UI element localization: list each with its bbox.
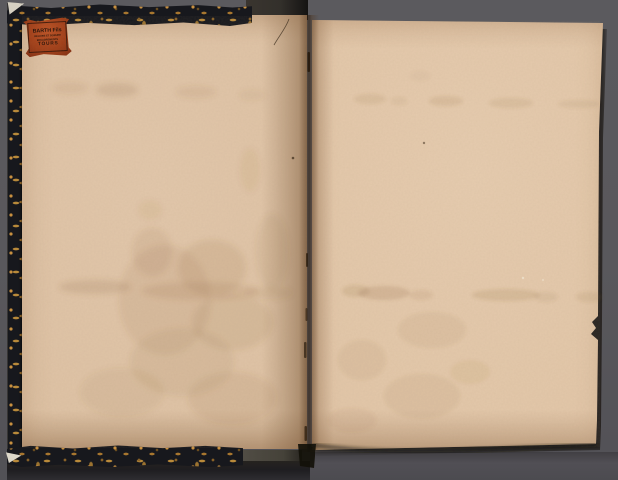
cover-turnin-bottom — [7, 445, 243, 467]
pastedown-left-page — [22, 15, 307, 449]
scanner-bed-bottom-right — [310, 452, 618, 480]
cover-marbled-edge-left — [7, 3, 22, 472]
scan-background: BARTH Fils RELIURE ET DORURE ENCADREMENT… — [0, 0, 618, 480]
flyleaf-right-page — [310, 18, 606, 453]
binder-ticket: BARTH Fils RELIURE ET DORURE ENCADREMENT… — [23, 17, 72, 58]
gutter-shading — [299, 15, 319, 452]
ticket-line-4: TOURS — [37, 41, 58, 47]
